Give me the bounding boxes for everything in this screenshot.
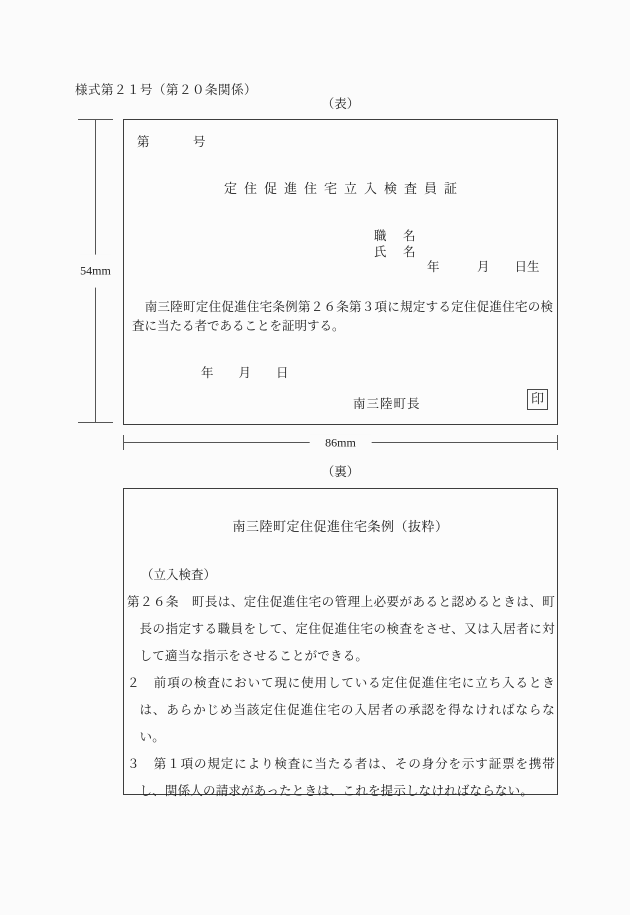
holder-info-block: 職 名 氏 名 — [374, 229, 418, 260]
id-card-front: 第 号 定住促進住宅立入検査員証 職 名 氏 名 年 月 日生 南三陸町定住促進… — [123, 119, 558, 425]
width-dimension-label: 86mm — [309, 435, 372, 452]
issue-date-field: 年 月 日 — [201, 365, 289, 383]
ordinance-paragraph-1: 第２６条 町長は、定住促進住宅の管理上必要があると認めるときは、町長の指定する職… — [127, 589, 555, 670]
card-title: 定住促進住宅立入検査員証 — [124, 180, 557, 198]
front-side-label: （表） — [123, 96, 558, 114]
issuer-name: 南三陸町長 — [353, 396, 421, 414]
height-dimension-line: 54mm — [78, 119, 113, 423]
width-dimension-line: 86mm — [123, 435, 558, 450]
name-label: 氏 名 — [374, 245, 418, 261]
seal-placeholder: 印 — [527, 389, 548, 410]
back-side-label: （裏） — [123, 464, 558, 482]
birth-date-field: 年 月 日生 — [427, 260, 540, 276]
ordinance-paragraph-3: ３ 第１項の規定により検査に当たる者は、その身分を示す証票を携帯し、関係人の請求… — [127, 751, 555, 805]
certification-statement: 南三陸町定住促進住宅条例第２６条第３項に規定する定住促進住宅の検査に当たる者であ… — [132, 298, 553, 335]
position-label: 職 名 — [374, 229, 418, 245]
ordinance-text: 第２６条 町長は、定住促進住宅の管理上必要があると認めるときは、町長の指定する職… — [127, 589, 555, 805]
height-dimension-label: 54mm — [79, 255, 112, 288]
form-page: 様式第２１号（第２０条関係） （表） 54mm 第 号 定住促進住宅立入検査員証… — [0, 0, 630, 915]
ordinance-title: 南三陸町定住促進住宅条例（抜粋） — [124, 518, 557, 536]
section-heading: （立入検査） — [141, 567, 216, 585]
id-card-back: 南三陸町定住促進住宅条例（抜粋） （立入検査） 第２６条 町長は、定住促進住宅の… — [123, 488, 558, 795]
ordinance-paragraph-2: ２ 前項の検査において現に使用している定住促進住宅に立ち入るときは、あらかじめ当… — [127, 670, 555, 751]
certificate-number-field: 第 号 — [137, 134, 207, 152]
